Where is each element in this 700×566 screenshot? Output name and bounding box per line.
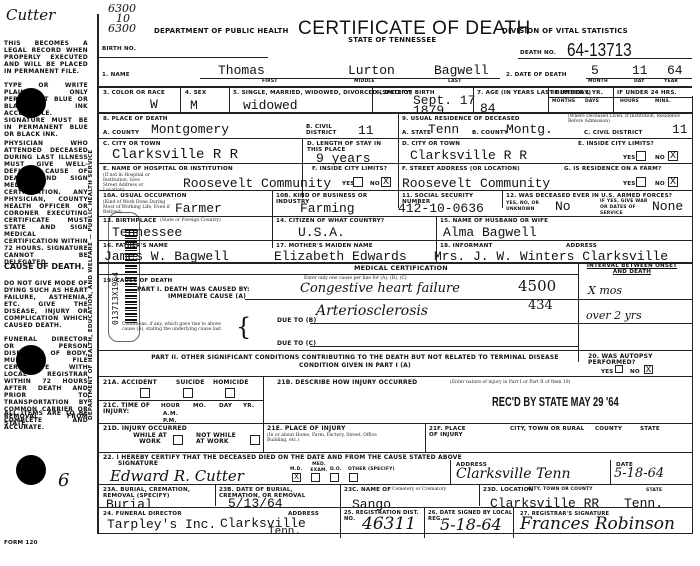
physician-instructions-note: PHYSICIAN WHO ATTENDED DECEASED DURING L… <box>4 140 88 266</box>
month-label: MONTH <box>588 79 608 85</box>
death-inside-limits-label: F. INSIDE CITY LIMITS? <box>312 166 387 172</box>
cause-of-death-label: 19. CAUSE OF DEATH <box>103 278 172 284</box>
city-town-rural-col: CITY, TOWN OR RURAL <box>510 426 584 432</box>
certify-date-value: 5-18-64 <box>614 466 664 481</box>
registrar-signature-value: Frances Robinson <box>520 514 675 534</box>
residence-state-label: A. STATE <box>402 130 431 136</box>
divider <box>586 78 692 79</box>
accident-checkbox[interactable] <box>140 388 150 398</box>
am-label: A.M. <box>163 411 178 417</box>
burial-type-value: Burial <box>106 498 153 511</box>
divider <box>98 400 263 401</box>
divider <box>180 87 181 112</box>
divider <box>340 484 341 538</box>
cemetery-label: 23C. NAME OF <box>344 487 391 493</box>
brace-icon: { <box>236 316 251 338</box>
handwritten-mark: 6 <box>58 470 69 491</box>
death-no-label: DEATH NO. <box>520 50 556 56</box>
death-day-value: 11 <box>632 64 648 77</box>
war-service-value: None <box>652 200 683 213</box>
hours-label: HOURS <box>620 99 639 105</box>
describe-injury-label: 21B. DESCRIBE HOW INJURY OCCURRED <box>277 380 417 386</box>
race-value: W <box>150 98 158 111</box>
divider <box>98 376 692 377</box>
divider <box>610 460 611 484</box>
death-limits-yes-checkbox[interactable] <box>353 177 363 187</box>
certifier-address-value: Clarksville Tenn <box>456 466 571 482</box>
birthplace-value: Tennessee <box>112 226 182 239</box>
citizenship-label: 14. CITIZEN OF WHAT COUNTRY? <box>276 218 384 224</box>
residence-inside-no-label: NO <box>655 155 665 161</box>
residence-district-label: C. CIVIL DISTRICT <box>584 130 643 136</box>
burial-location-label: 23D. LOCATION <box>483 487 534 493</box>
md-checkbox[interactable]: X <box>292 473 301 482</box>
divider <box>578 262 579 362</box>
hospital-label: E. NAME OF HOSPITAL OR INSTITUTION <box>103 166 233 172</box>
divider <box>425 423 426 452</box>
residence-district-value: 11 <box>672 123 688 136</box>
occupation-label: 10A. USUAL OCCUPATION <box>103 193 187 199</box>
cause-instructions-note: DO NOT GIVE MODE OF DYING SUCH AS HEART … <box>4 280 88 329</box>
divider <box>98 190 692 191</box>
legal-record-note: THIS BECOMES A LEGAL RECORD WHEN PROPERL… <box>4 40 88 75</box>
divider <box>98 138 398 139</box>
hour-label: HOUR <box>161 403 180 409</box>
autopsy-yes-checkbox[interactable] <box>615 365 623 373</box>
interval-heading: INTERVAL BETWEEN ONSET AND DEATH <box>582 263 682 275</box>
med-exam-checkbox[interactable] <box>311 473 320 482</box>
division-label: DIVISION OF VITAL STATISTICS <box>502 28 628 34</box>
residence-label: 9. USUAL RESIDENCE OF DECEASED <box>402 116 520 122</box>
spouse-label: 15. NAME OF HUSBAND OR WIFE <box>440 218 548 224</box>
vertical-department-label: DEPARTMENT OF HEALTH, EDUCATION, AND WEL… <box>88 150 94 421</box>
immediate-cause-label: IMMEDIATE CAUSE (A) <box>168 294 246 300</box>
birthplace-label: 13. BIRTHPLACE <box>103 218 156 224</box>
residence-inside-no-checkbox[interactable]: X <box>668 151 678 161</box>
residence-county-value: Montg. <box>506 123 553 136</box>
suicide-checkbox[interactable] <box>183 388 193 398</box>
time-of-injury-label: 21C. TIME OF INJURY: <box>103 403 153 415</box>
conditions-note: Conditions, if any, which gave rise to a… <box>122 322 232 332</box>
cause-a-code: 4500 <box>518 277 556 295</box>
registration-district-value: 46311 <box>362 514 416 534</box>
physician-signature: Edward R. Cutter <box>110 467 244 485</box>
other-checkbox[interactable] <box>349 473 358 482</box>
punch-hole <box>16 455 46 485</box>
residence-county-label: B. COUNTY <box>472 130 508 136</box>
name-label: 1. NAME <box>102 72 130 78</box>
ink-instructions-note: TYPE OR WRITE PLAINLY. ONLY PERMANENT BL… <box>4 82 88 138</box>
describe-injury-note: (Enter nature of injury in Part I or Par… <box>450 380 570 385</box>
residence-city-label: D. CITY OR TOWN <box>402 141 460 147</box>
homicide-checkbox[interactable] <box>225 388 235 398</box>
civil-district-label: B. CIVIL DISTRICT <box>306 124 346 136</box>
place-f-label: 21F. PLACE OF INJURY <box>429 426 469 438</box>
funeral-director-value: Tarpley's Inc. <box>107 518 216 531</box>
birthplace-note: (State or Foreign Country) <box>160 218 221 223</box>
industry-value: Farming <box>300 202 355 215</box>
under-1yr-label: IF UNDER 1 YR. <box>552 90 603 96</box>
received-stamp: REC'D BY STATE MAY 29 '64 <box>492 394 619 409</box>
burial-location-value: Clarksville RR <box>490 497 599 510</box>
not-while-at-work-label: NOT WHILE AT WORK <box>196 433 246 445</box>
sex-label: 4. SEX <box>185 90 206 96</box>
do-checkbox[interactable] <box>330 473 339 482</box>
ssn-value: 412-10-0636 <box>398 202 484 215</box>
handwritten-annotation: Cutter <box>6 6 55 24</box>
medical-certification-heading: MEDICAL CERTIFICATION <box>354 265 448 271</box>
not-while-at-work-checkbox[interactable] <box>250 435 260 445</box>
civil-district-value: 11 <box>358 124 374 137</box>
divider <box>310 323 578 324</box>
death-limits-no-checkbox[interactable]: X <box>381 177 391 187</box>
death-limits-no-label: NO <box>370 181 380 187</box>
residence-inside-yes-label: YES <box>623 155 636 161</box>
divider <box>263 376 264 452</box>
residence-state-value: Tenn <box>428 123 459 136</box>
while-at-work-label: WHILE AT WORK <box>130 433 170 445</box>
death-county-label: A. COUNTY <box>103 130 139 136</box>
occupation-note: (Kind of Work Done During Most of Workin… <box>103 200 173 215</box>
place-of-injury-note: (In or about Home, Farm, Factory, Street… <box>267 433 377 443</box>
day-label: DAY <box>634 79 645 85</box>
divider <box>613 87 614 112</box>
divider <box>548 97 692 98</box>
divider <box>229 87 230 112</box>
occupation-value: Farmer <box>175 202 222 215</box>
form-right-border <box>692 96 693 534</box>
street-address-value: Roosevelt Community <box>402 177 550 190</box>
suicide-label: SUICIDE <box>176 380 205 386</box>
divider <box>479 484 480 506</box>
farm-yes-label: YES <box>623 181 636 187</box>
sex-value: M <box>190 99 198 112</box>
divider <box>98 216 692 217</box>
divider <box>578 299 692 300</box>
divider <box>200 78 500 79</box>
first-name-value: Thomas <box>218 64 265 77</box>
farm-no-label: NO <box>655 181 665 187</box>
completeness-note: ALL ITEMS ARE TO BE COMPLETE AND ACCURAT… <box>4 410 88 431</box>
divider <box>398 163 692 164</box>
date-signed-value: 5-18-64 <box>440 515 502 534</box>
autopsy-no-checkbox[interactable]: X <box>644 365 653 374</box>
armed-forces-yn-label: YES, NO, OR UNKNOWN <box>506 201 546 213</box>
war-service-label: IF YES, GIVE WAR OR DATES OF SERVICE <box>600 199 650 217</box>
day-label-injury: DAY <box>219 403 232 409</box>
residence-city-value: Clarksville R R <box>410 149 527 162</box>
street-address-label: F. STREET ADDRESS (OR LOCATION) <box>402 166 520 172</box>
divider <box>98 86 692 88</box>
divider <box>398 138 692 139</box>
form-number: FORM 120 <box>4 540 38 546</box>
under-24hrs-label: IF UNDER 24 HRS. <box>617 90 677 96</box>
month-label-injury: MO. <box>193 403 206 409</box>
death-county-value: Montgomery <box>151 123 229 136</box>
death-month-value: 5 <box>591 64 599 77</box>
cemetery-note: Cemetery or Crematory <box>392 487 446 492</box>
death-year-value: 64 <box>667 64 683 77</box>
last-label: LAST <box>448 79 461 85</box>
autopsy-no-label: NO <box>630 369 640 375</box>
year-label-injury: YR. <box>243 403 254 409</box>
divider <box>450 460 451 484</box>
burial-date-value: 5/13/64 <box>228 497 283 510</box>
punch-hole <box>16 88 46 118</box>
middle-name-value: Lurton <box>348 64 395 77</box>
divider <box>398 112 399 208</box>
birth-no-line3: 6300 <box>108 24 136 34</box>
armed-forces-value: No <box>555 200 571 213</box>
spouse-value: Alma Bagwell <box>443 226 537 239</box>
date-of-death-label: 2. DATE OF DEATH <box>506 72 567 78</box>
hospital-value: Roosevelt Community <box>183 177 331 190</box>
divider <box>98 533 692 534</box>
farm-residence-label: G. IS RESIDENCE ON A FARM? <box>564 166 661 172</box>
marital-status-value: widowed <box>243 99 298 112</box>
homicide-label: HOMICIDE <box>213 380 249 386</box>
citizenship-value: U.S.A. <box>298 226 345 239</box>
farm-no-checkbox[interactable]: X <box>668 177 678 187</box>
birth-no-label: BIRTH NO. <box>102 46 136 52</box>
residence-inside-label: E. INSIDE CITY LIMITS? <box>578 141 654 147</box>
cause-a-value: Congestive heart failure <box>300 281 460 296</box>
state-subtitle: STATE OF TENNESSEE <box>348 37 436 43</box>
divider <box>310 346 578 347</box>
divider <box>98 507 692 508</box>
divider <box>548 87 549 112</box>
accident-label: 21A. ACCIDENT <box>103 380 157 386</box>
days-label: DAYS <box>585 99 599 105</box>
while-at-work-checkbox[interactable] <box>173 435 183 445</box>
interval-a-value: X mos <box>588 284 622 297</box>
cause-of-death-heading: CAUSE OF DEATH. <box>4 262 84 271</box>
cause-b-value: Arteriosclerosis <box>316 303 428 319</box>
divider <box>502 190 503 208</box>
divider <box>98 57 268 58</box>
burial-location-note: CITY, TOWN OR COUNTY <box>528 487 593 493</box>
burial-location-state-value: Tenn. <box>624 497 663 510</box>
middle-label: MIDDLE <box>354 79 375 85</box>
punch-hole <box>16 345 46 375</box>
divider <box>372 87 373 112</box>
first-label: FIRST <box>262 79 278 85</box>
residence-note: (Where Deceased Lived. If Institution, R… <box>568 114 688 124</box>
farm-yes-checkbox[interactable] <box>636 177 646 187</box>
place-of-injury-label: 21E. PLACE OF INJURY <box>267 426 346 432</box>
divider <box>473 87 474 112</box>
divider <box>215 484 216 506</box>
divider <box>98 163 398 164</box>
divider <box>578 323 692 324</box>
autopsy-label: 20. WAS AUTOPSY PERFORMED? <box>588 354 678 366</box>
divider <box>98 423 692 424</box>
divider <box>98 350 692 351</box>
interval-b-value: over 2 yrs <box>586 309 642 322</box>
autopsy-yes-label: YES <box>601 369 614 375</box>
residence-inside-yes-checkbox[interactable] <box>636 151 646 161</box>
part2-label: PART II. OTHER SIGNIFICANT CONDITIONS CO… <box>135 354 575 370</box>
last-name-value: Bagwell <box>434 64 489 77</box>
divider <box>98 274 578 275</box>
divider <box>518 58 692 59</box>
burial-location-state-label: STATE <box>646 488 662 494</box>
year-label: YEAR <box>664 79 678 85</box>
race-label: 3. COLOR OR RACE <box>103 90 165 96</box>
punch-hole <box>16 165 46 195</box>
mins-label: MINS. <box>655 99 671 105</box>
death-city-value: Clarksville R R <box>112 149 238 162</box>
divider <box>98 484 692 485</box>
cause-b-code: 434 <box>528 298 553 313</box>
department-label: DEPARTMENT OF PUBLIC HEALTH <box>154 28 289 34</box>
state-col: STATE <box>640 426 660 432</box>
divider <box>98 452 692 453</box>
county-col: COUNTY <box>595 426 622 432</box>
months-label: MONTHS <box>552 99 575 105</box>
divider <box>98 240 692 241</box>
